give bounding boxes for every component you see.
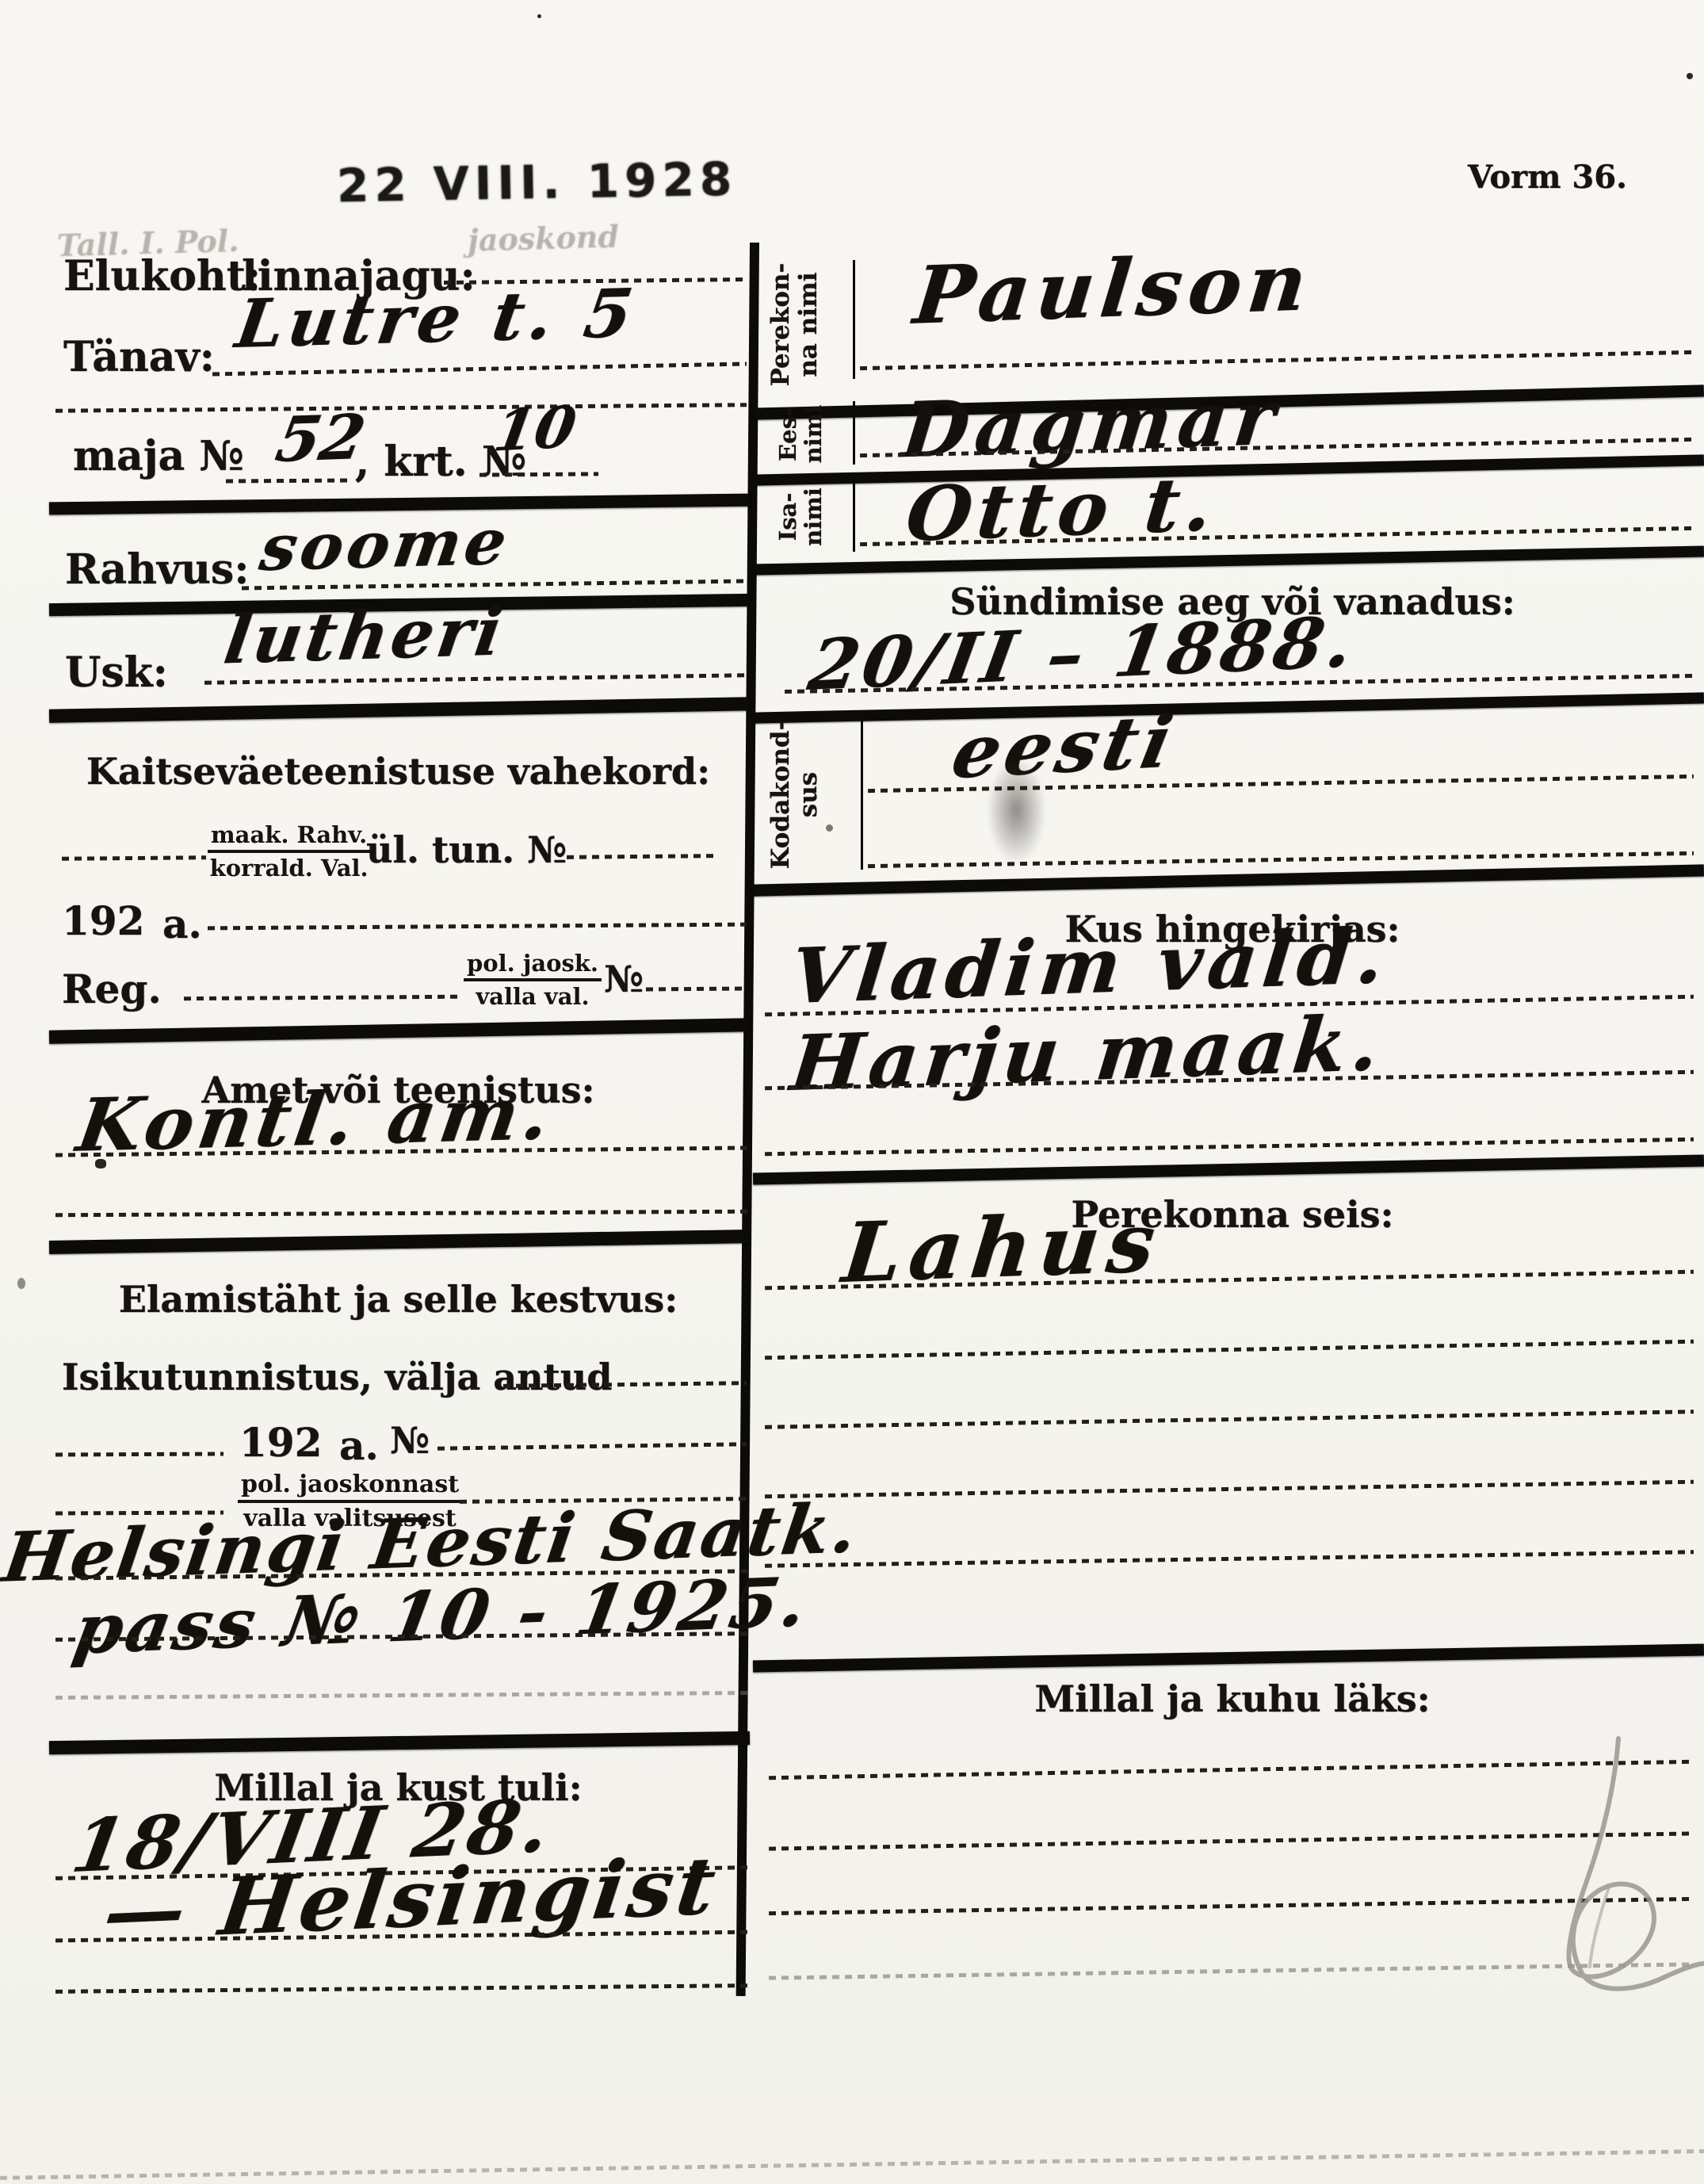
fraction1-bottom: korrald. Val. xyxy=(208,853,370,882)
elamist-heading: Elamistäht ja selle kestvus: xyxy=(48,1278,749,1321)
year1-line xyxy=(208,923,747,931)
eesnimi-value: Dagmar xyxy=(898,373,1286,476)
year2-line-right xyxy=(437,1442,747,1450)
scan-speck xyxy=(826,824,833,832)
caption-rule xyxy=(853,260,855,379)
krt-line xyxy=(479,472,598,476)
amet-line2 xyxy=(55,1210,749,1218)
date-stamp: 22 VIII. 1928 xyxy=(336,152,737,213)
tanav-line xyxy=(212,362,747,377)
scan-speck xyxy=(537,14,541,18)
a1-label: a. xyxy=(162,901,202,947)
kodakondsus-caption: Kodakond- sus xyxy=(767,717,822,872)
section-bar xyxy=(49,1018,750,1043)
pencil-scribble xyxy=(1490,1732,1704,2018)
reg-fraction: pol. jaosk. valla val. xyxy=(464,950,602,1010)
reg-label: Reg. xyxy=(62,966,162,1012)
section-bar xyxy=(49,697,750,722)
no2-label: № xyxy=(390,1419,430,1462)
kaitse-fraction: maak. Rahv. korrald. Val. xyxy=(208,821,370,882)
scan-speck xyxy=(17,1278,25,1289)
scan-artifact-line xyxy=(0,2149,1704,2180)
perekonnanimi-caption-line1: Perekon- xyxy=(766,263,795,387)
maja-label: maja № xyxy=(73,432,244,480)
perekonnanimi-caption: Perekon- na nimi xyxy=(767,255,822,394)
section-bar xyxy=(753,1644,1704,1673)
tanav-label: Tänav: xyxy=(63,333,215,381)
rule-line xyxy=(765,1340,1694,1360)
rule-line xyxy=(765,1550,1694,1567)
section-bar xyxy=(753,1154,1704,1184)
kodakondsus-value: eesti xyxy=(946,698,1184,795)
caption-rule xyxy=(853,401,855,465)
ink-smudge xyxy=(987,757,1046,864)
kaitse-line-right xyxy=(567,854,716,859)
usk-label: Usk: xyxy=(65,648,168,697)
kodakondsus-caption-line2: sus xyxy=(794,772,823,817)
rahvus-label: Rahvus: xyxy=(65,545,249,594)
eesnimi-caption-line2: nimi xyxy=(800,405,827,464)
caption-rule xyxy=(861,717,863,870)
year1-label: 192 xyxy=(62,897,144,944)
rule-line xyxy=(765,1480,1694,1498)
rule-line xyxy=(55,1983,749,1994)
rahvus-value: soome xyxy=(255,504,515,585)
form-number: Vorm 36. xyxy=(1468,159,1627,196)
kaitse-suffix: ül. tun. № xyxy=(366,828,567,871)
rule-line xyxy=(55,403,747,413)
perekonnanimi-value: Paulson xyxy=(910,235,1317,342)
fraction2-top: pol. jaosk. xyxy=(464,950,602,981)
fraction2-bottom: valla val. xyxy=(464,981,602,1010)
tanav-value: Lutre t. 5 xyxy=(231,273,643,363)
perekonnanimi-line xyxy=(860,350,1692,370)
krt-value: 10 xyxy=(490,392,581,464)
a2-label: a. xyxy=(339,1422,379,1469)
rule-line xyxy=(55,1691,749,1700)
rule-line xyxy=(765,1409,1694,1429)
isiku-label: Isikutunnistus, välja antud xyxy=(62,1356,612,1398)
caption-rule xyxy=(853,479,855,552)
year2-line-left xyxy=(55,1452,224,1456)
perekonnanimi-caption-line2: na nimi xyxy=(794,272,823,377)
fraction1-top: maak. Rahv. xyxy=(208,821,370,853)
section-bar xyxy=(49,1731,750,1754)
registration-card: 22 VIII. 1928 Vorm 36. Tall. I. Pol. jao… xyxy=(0,0,1704,2184)
eesnimi-caption: Ees- nimi xyxy=(775,400,827,468)
elukoht-label: Elukoht: xyxy=(63,252,261,300)
no1-label: № xyxy=(604,958,644,1000)
office-stamp-right: jaoskond xyxy=(467,218,619,258)
kaitse-heading: Kaitseväeteenistuse vahekord: xyxy=(48,750,749,793)
rule-line xyxy=(765,1138,1694,1156)
section-bar xyxy=(753,545,1704,575)
isanimi-caption: Isa- nimi xyxy=(775,477,827,557)
fraction3-top: pol. jaoskonnast xyxy=(238,1471,462,1503)
kaitse-line-left xyxy=(62,855,206,861)
reg-line xyxy=(184,995,457,1000)
eesnimi-caption-line1: Ees- xyxy=(774,407,801,461)
kodakondsus-caption-line1: Kodakond- xyxy=(766,721,795,870)
isanimi-caption-line1: Isa- xyxy=(774,493,801,541)
laks-heading: Millal ja kuhu läks: xyxy=(761,1677,1704,1720)
isanimi-caption-line2: nimi xyxy=(800,488,827,546)
section-bar xyxy=(753,864,1704,896)
maja-line xyxy=(226,478,349,483)
year2-label: 192 xyxy=(239,1419,322,1466)
scan-speck xyxy=(95,1159,106,1168)
reg-no-line xyxy=(646,986,747,991)
usk-value: lutheri xyxy=(220,592,510,679)
section-bar xyxy=(49,1230,750,1254)
scan-speck xyxy=(1687,73,1693,79)
